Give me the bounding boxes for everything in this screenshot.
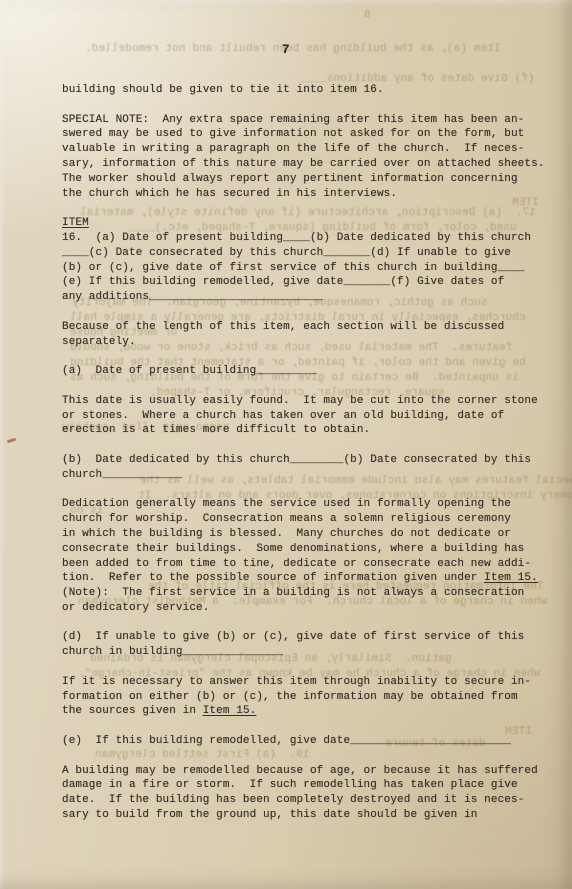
section-b-label: (b) Date dedicated by this church_______… — [62, 453, 560, 483]
because-paragraph: Because of the length of this item, each… — [62, 320, 560, 350]
section-d-text: If it is necessary to answer this item t… — [62, 675, 560, 719]
section-e-label: (e) If this building remodelled, give da… — [62, 734, 560, 749]
page-number: 7 — [282, 43, 290, 57]
section-a-text: This date is usually easily found. It ma… — [62, 394, 560, 438]
section-a-label: (a) Date of present building_________ — [62, 364, 560, 379]
special-note: SPECIAL NOTE: Any extra space remaining … — [62, 113, 560, 202]
intro-line: building should be given to tie it into … — [62, 83, 560, 98]
red-pencil-mark — [7, 438, 16, 444]
item-heading: ITEM — [62, 216, 560, 231]
section-d-label: (d) If unable to give (b) or (c), give d… — [62, 630, 560, 660]
bleedthrough-text: Item (a), as the building has been rebui… — [85, 42, 500, 57]
typed-column: building should be given to tie it into … — [62, 83, 560, 838]
section-e-text: A building may be remodelled because of … — [62, 764, 560, 823]
item-16-form: 16. (a) Date of present building____(b) … — [62, 231, 560, 305]
bleedthrough-text: 8 — [364, 8, 371, 23]
scanned-document-page: 8Item (a), as the building has been rebu… — [0, 0, 572, 889]
section-b-text: Dedication generally means the service u… — [62, 497, 560, 615]
